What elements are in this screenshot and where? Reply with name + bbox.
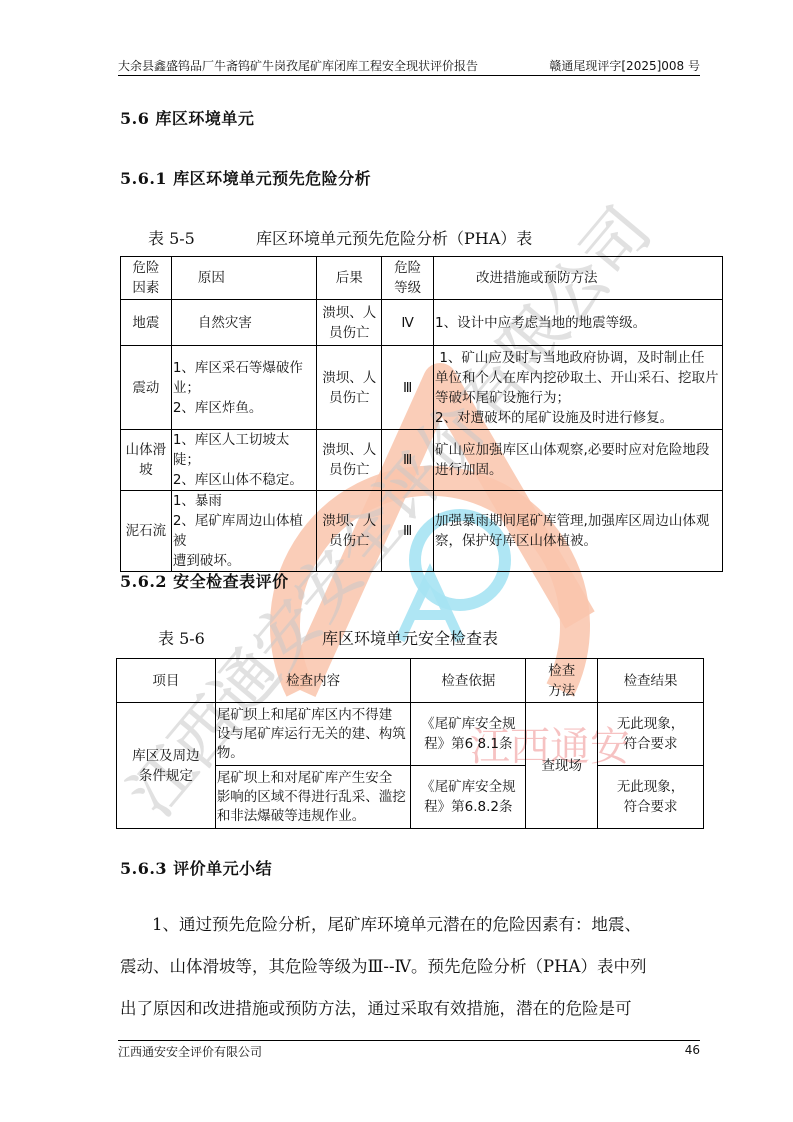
- cell-level: Ⅲ: [382, 346, 434, 430]
- cell-line: 无此现象，: [599, 777, 702, 797]
- cell-text: 自然灾害: [198, 315, 252, 331]
- table-row: 震动 1、库区采石等爆破作业； 2、库区炸鱼。 溃坝、人 员伤亡 Ⅲ 1、矿山应…: [121, 346, 723, 430]
- cell-consequence: 溃坝、人 员伤亡: [317, 430, 382, 491]
- table-5-5-title: 库区环境单元预先危险分析（PHA）表: [256, 226, 532, 249]
- cell-line: 溃坝、人: [318, 440, 380, 460]
- cell-consequence: 溃坝、人 员伤亡: [317, 491, 382, 572]
- header-line: 危险: [383, 258, 432, 278]
- header-line: 危险: [122, 258, 170, 278]
- company-name: 江西通安安全评价有限公司: [118, 1043, 262, 1060]
- cell-line: 程》第6 8.1条: [412, 734, 524, 754]
- header-content: 检查内容: [215, 659, 411, 703]
- cell-line: 程》第6.8.2条: [412, 797, 524, 817]
- cell-line: 溃坝、人: [318, 511, 380, 531]
- cell-content: 尾矿坝上和对尾矿库产生安全 影响的区域不得进行乱采、滥挖 和非法爆破等违规作业。: [215, 766, 411, 829]
- header-consequence: 后果: [317, 257, 382, 300]
- report-title: 大余县鑫盛钨品厂牛斋钨矿牛岗孜尾矿库闭库工程安全现状评价报告: [118, 57, 478, 74]
- cell-line: 员伤亡: [318, 460, 380, 480]
- cell-consequence: 溃坝、人 员伤亡: [317, 346, 382, 430]
- section-heading-5-6: 5.6 库区环境单元: [120, 106, 254, 129]
- table-row: 山体滑 坡 1、库区人工切坡太陡； 2、库区山体不稳定。 溃坝、人 员伤亡 Ⅲ …: [121, 430, 723, 491]
- cell-line: 《尾矿库安全规: [412, 777, 524, 797]
- header-line: 方法: [527, 681, 596, 701]
- cell-line: 溃坝、人: [318, 368, 380, 388]
- cell-consequence: 溃坝、人 员伤亡: [317, 300, 382, 346]
- cell-line: 影响的区域不得进行乱采、滥挖: [217, 788, 410, 807]
- cell-line: 2、库区山体不稳定。: [173, 470, 316, 490]
- cell-line: 员伤亡: [318, 531, 380, 551]
- cell-line: 无此现象，: [599, 714, 702, 734]
- cell-line: 1、库区采石等爆破作业；: [173, 358, 316, 398]
- cell-line: 山体滑: [122, 440, 170, 460]
- cell-line: 单位和个人在库内挖砂取土、开山采石、挖取片: [435, 368, 721, 388]
- section-heading-5-6-3: 5.6.3 评价单元小结: [120, 856, 272, 879]
- page-header: 大余县鑫盛钨品厂牛斋钨矿牛岗孜尾矿库闭库工程安全现状评价报告 赣通尾现评字[20…: [118, 55, 700, 76]
- cell-line: 矿山应加强库区山体观察,必要时应对危险地段: [435, 440, 721, 460]
- cell-factor: 山体滑 坡: [121, 430, 172, 491]
- header-line: 检查: [527, 661, 596, 681]
- cell-cause: 1、库区采石等爆破作业； 2、库区炸鱼。: [171, 346, 317, 430]
- cell-line: 2、库区炸鱼。: [173, 398, 316, 418]
- cell-line: 设与尾矿库运行无关的建、构筑: [217, 725, 410, 744]
- table-5-6-title: 库区环境单元安全检查表: [322, 626, 498, 649]
- summary-line: 出了原因和改进措施或预防方法，通过采取有效措施，潜在的危险是可: [120, 998, 700, 1020]
- cell-level: Ⅲ: [382, 491, 434, 572]
- cell-level: Ⅲ: [382, 430, 434, 491]
- cell-line: 员伤亡: [318, 323, 380, 343]
- summary-line: 1、通过预先危险分析，尾矿库环境单元潜在的危险因素有：地震、: [120, 914, 700, 936]
- table-header-row: 项目 检查内容 检查依据 检查 方法 检查结果: [117, 659, 704, 703]
- cell-line: 遭到破坏。: [173, 551, 316, 571]
- cell-line: 溃坝、人: [318, 303, 380, 323]
- cell-cause: 1、库区人工切坡太陡； 2、库区山体不稳定。: [171, 430, 317, 491]
- section-heading-5-6-2: 5.6.2 安全检查表评价: [120, 569, 289, 592]
- cell-line: 2、对遭破坏的尾矿设施及时进行修复。: [435, 408, 721, 428]
- cell-line: 2、尾矿库周边山体植被: [173, 511, 316, 551]
- cell-line: 尾矿坝上和尾矿库区内不得建: [217, 706, 410, 725]
- header-line: 因素: [122, 278, 170, 298]
- header-text: 改进措施或预防方法: [476, 270, 598, 286]
- table-row: 库区及周边 条件规定 尾矿坝上和尾矿库区内不得建 设与尾矿库运行无关的建、构筑 …: [117, 703, 704, 766]
- table-row: 泥石流 1、暴雨 2、尾矿库周边山体植被 遭到破坏。 溃坝、人 员伤亡 Ⅲ 加强…: [121, 491, 723, 572]
- cell-line: 物。: [217, 744, 410, 763]
- header-hazard-factor: 危险 因素: [121, 257, 172, 300]
- cell-line: 员伤亡: [318, 388, 380, 408]
- cell-measure: 1、矿山应及时与当地政府协调，及时制止任 单位和个人在库内挖砂取土、开山采石、挖…: [434, 346, 723, 430]
- cell-result: 无此现象， 符合要求: [598, 766, 704, 829]
- cell-level: Ⅳ: [382, 300, 434, 346]
- header-method: 检查 方法: [526, 659, 598, 703]
- document-number: 赣通尾现评字[2025]008 号: [549, 57, 700, 74]
- cell-factor: 地震: [121, 300, 172, 346]
- section-heading-5-6-1: 5.6.1 库区环境单元预先危险分析: [120, 166, 371, 189]
- cell-line: 1、矿山应及时与当地政府协调，及时制止任: [435, 348, 721, 368]
- header-hazard-level: 危险 等级: [382, 257, 434, 300]
- cell-line: 库区及周边: [118, 746, 214, 766]
- table-header-row: 危险 因素 原因 后果 危险 等级 改进措施或预防方法: [121, 257, 723, 300]
- safety-checklist-table: 项目 检查内容 检查依据 检查 方法 检查结果 库区及周边 条件规定 尾矿坝上和…: [116, 658, 704, 829]
- table-5-5-number: 表 5-5: [148, 226, 195, 249]
- cell-line: 加强暴雨期间尾矿库管理,加强库区周边山体观: [435, 511, 721, 531]
- cell-measure: 1、设计中应考虑当地的地震等级。: [434, 300, 723, 346]
- summary-line: 震动、山体滑坡等，其危险等级为Ⅲ--Ⅳ。预先危险分析（PHA）表中列: [120, 956, 700, 978]
- cell-factor: 泥石流: [121, 491, 172, 572]
- cell-line: 1、暴雨: [173, 491, 316, 511]
- cell-line: 坡: [122, 460, 170, 480]
- cell-line: 符合要求: [599, 734, 702, 754]
- cell-basis: 《尾矿库安全规 程》第6 8.1条: [411, 703, 526, 766]
- header-result: 检查结果: [598, 659, 704, 703]
- cell-content: 尾矿坝上和尾矿库区内不得建 设与尾矿库运行无关的建、构筑 物。: [215, 703, 411, 766]
- cell-cause: 1、暴雨 2、尾矿库周边山体植被 遭到破坏。: [171, 491, 317, 572]
- table-row: 地震 自然灾害 溃坝、人 员伤亡 Ⅳ 1、设计中应考虑当地的地震等级。: [121, 300, 723, 346]
- cell-measure: 矿山应加强库区山体观察,必要时应对危险地段 进行加固。: [434, 430, 723, 491]
- cell-line: 察，保护好库区山体植被。: [435, 531, 721, 551]
- cell-line: 进行加固。: [435, 460, 721, 480]
- header-text: 原因: [198, 270, 225, 286]
- cell-line: 1、库区人工切坡太陡；: [173, 430, 316, 470]
- cell-measure: 加强暴雨期间尾矿库管理,加强库区周边山体观 察，保护好库区山体植被。: [434, 491, 723, 572]
- cell-factor: 震动: [121, 346, 172, 430]
- cell-cause: 自然灾害: [171, 300, 317, 346]
- cell-line: 和非法爆破等违规作业。: [217, 807, 410, 826]
- cell-basis: 《尾矿库安全规 程》第6.8.2条: [411, 766, 526, 829]
- cell-method: 查现场: [526, 703, 598, 829]
- cell-line: 符合要求: [599, 797, 702, 817]
- page-footer: 江西通安安全评价有限公司 46: [118, 1040, 700, 1059]
- header-cause: 原因: [171, 257, 317, 300]
- cell-line: 条件规定: [118, 766, 214, 786]
- header-item: 项目: [117, 659, 216, 703]
- cell-line: 等破坏尾矿设施行为；: [435, 388, 721, 408]
- cell-result: 无此现象， 符合要求: [598, 703, 704, 766]
- cell-line: 《尾矿库安全规: [412, 714, 524, 734]
- page-number: 46: [685, 1043, 700, 1057]
- header-measures: 改进措施或预防方法: [434, 257, 723, 300]
- cell-line: 尾矿坝上和对尾矿库产生安全: [217, 769, 410, 788]
- cell-item: 库区及周边 条件规定: [117, 703, 216, 829]
- header-basis: 检查依据: [411, 659, 526, 703]
- document-page: 江西通安安全评价有限公司 江西通安 大余县鑫盛钨品厂牛斋钨矿牛岗孜尾矿库闭库工程…: [0, 0, 793, 1122]
- header-line: 等级: [383, 278, 432, 298]
- pha-table: 危险 因素 原因 后果 危险 等级 改进措施或预防方法 地震 自然灾害 溃坝、人…: [120, 256, 723, 572]
- table-5-6-number: 表 5-6: [158, 626, 205, 649]
